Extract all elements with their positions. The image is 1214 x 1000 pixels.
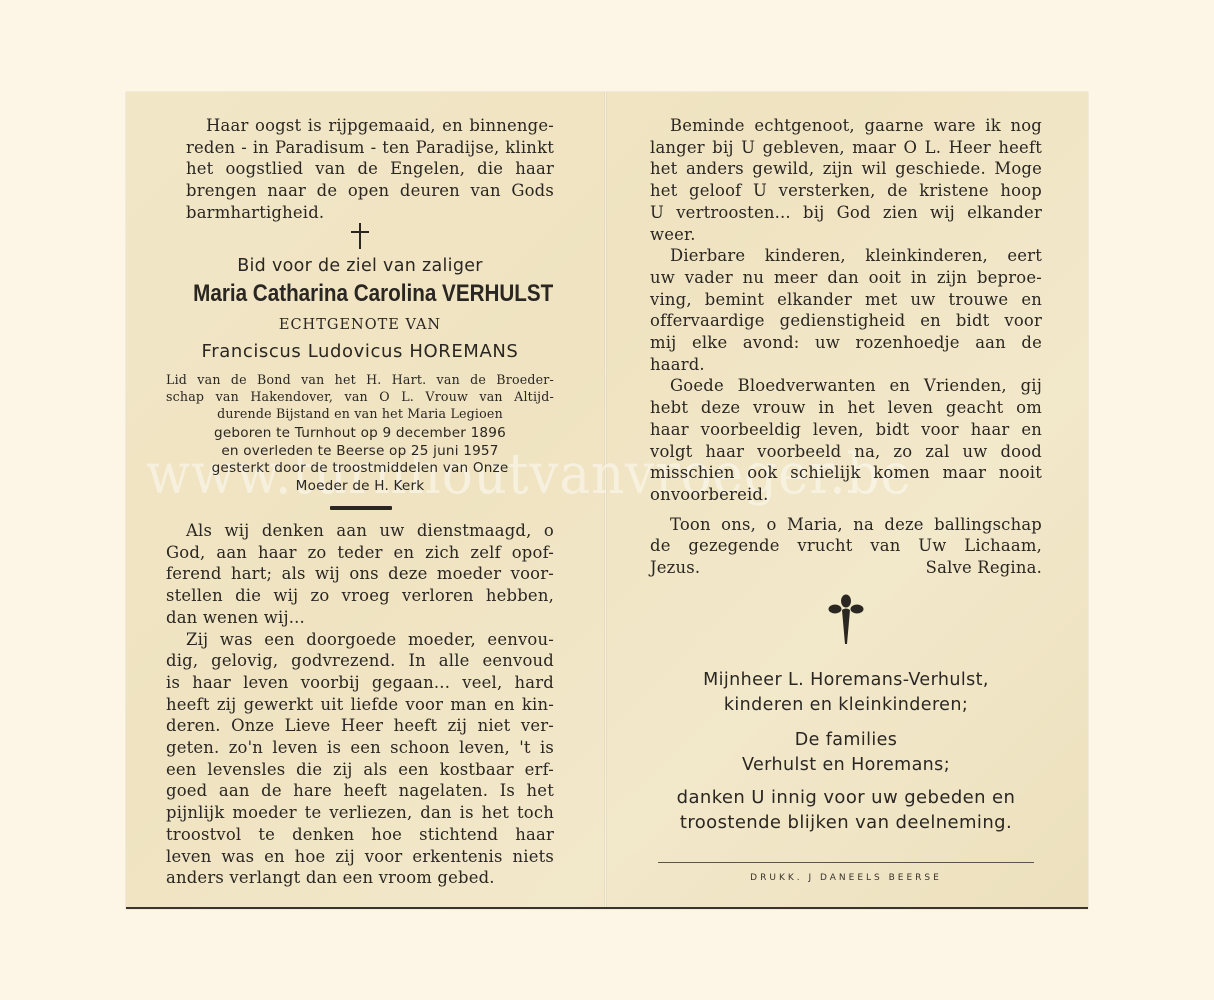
text-line: deren. Onze Lieve Heer heeft zij niet ve… [166, 715, 554, 737]
text-line: onvoorbereid. [650, 484, 1042, 506]
text-line: barmhartigheid. [166, 202, 554, 224]
closing-jezus: Jezus. [650, 557, 700, 579]
text-line: Toon ons, o Maria, na deze ballingschap [650, 514, 1042, 536]
text-line: troostvol te denken hoe stichtend haar [166, 824, 554, 846]
text-line: Dierbare kinderen, kleinkinderen, eert [650, 245, 1042, 267]
closing-last-line: Jezus.Salve Regina. [650, 557, 1042, 579]
body-paragraph: Dierbare kinderen, kleinkinderen, eertuw… [650, 245, 1042, 375]
text-line: anders verlangt dan een vroom gebed. [166, 867, 554, 889]
text-line: Haar oogst is rijpgemaaid, en binnenge- [166, 115, 554, 137]
right-page: Beminde echtgenoot, gaarne ware ik nogla… [650, 92, 1042, 907]
text-line: mij elke avond: uw rozenhoedje aan de [650, 332, 1042, 354]
membership-line: durende Bijstand en van het Maria Legioe… [166, 405, 554, 422]
text-line: langer bij U gebleven, maar O L. Heer he… [650, 137, 1042, 159]
divider [330, 506, 392, 510]
deceased-name: Maria Catharina Carolina VERHULST [193, 280, 527, 308]
text-line: U vertroosten... bij God zien wij elkand… [650, 202, 1042, 224]
thanks-line: Mijnheer L. Horemans-Verhulst, [650, 668, 1042, 693]
text-line: het geloof U versterken, de kristene hoo… [650, 180, 1042, 202]
closing-salve-regina: Salve Regina. [926, 557, 1042, 579]
text-line: misschien ook schielijk komen maar nooit [650, 462, 1042, 484]
spouse-label: ECHTGENOTE VAN [166, 317, 554, 333]
text-line: Als wij denken aan uw dienstmaagd, o [166, 520, 554, 542]
text-line: haard. [650, 354, 1042, 376]
thanks-line: De families [650, 728, 1042, 753]
text-line: haar voorbeeldig leven, bidt voor haar e… [650, 419, 1042, 441]
text-line: Goede Bloedverwanten en Vrienden, gij [650, 375, 1042, 397]
left-page: Haar oogst is rijpgemaaid, en binnenge-r… [166, 92, 554, 907]
text-line: goed aan de hare heeft nagelaten. Is het [166, 780, 554, 802]
text-line: brengen naar de open deuren van Gods [166, 180, 554, 202]
card-fold [604, 92, 607, 907]
life-dates: geboren te Turnhout op 9 december 1896 e… [166, 425, 554, 495]
fleur-cross-icon [650, 594, 1042, 650]
text-line: is haar leven voorbij gegaan... veel, ha… [166, 672, 554, 694]
text-line: een levensles die zij als een kostbaar e… [166, 759, 554, 781]
body-paragraph: Als wij denken aan uw dienstmaagd, oGod,… [166, 520, 554, 629]
text-line: leven was en hoe zij voor erkentenis nie… [166, 846, 554, 868]
thanks-line: troostende blijken van deelneming. [650, 810, 1042, 835]
memberships: Lid van de Bond van het H. Hart. van de … [166, 371, 554, 422]
body-paragraph: Beminde echtgenoot, gaarne ware ik nogla… [650, 115, 1042, 245]
body-paragraph: Goede Bloedverwanten en Vrienden, gijheb… [650, 375, 1042, 505]
text-line: hebt deze vrouw in het leven geacht om [650, 397, 1042, 419]
left-body: Als wij denken aan uw dienstmaagd, oGod,… [166, 520, 554, 889]
thanks-line: kinderen en kleinkinderen; [650, 693, 1042, 718]
sacrament-line: gesterkt door de troostmiddelen van Onze [166, 460, 554, 478]
right-body: Beminde echtgenoot, gaarne ware ik nogla… [650, 115, 1042, 579]
text-line: reden - in Paradisum - ten Paradijse, kl… [166, 137, 554, 159]
text-line: uw vader nu meer dan ooit in zijn beproe… [650, 267, 1042, 289]
text-line: weer. [650, 224, 1042, 246]
membership-line: schap van Hakendover, van O L. Vrouw van… [166, 388, 554, 405]
thanks-line: danken U innig voor uw gebeden en [650, 785, 1042, 810]
printer-credit: DRUKK. J DANEELS BEERSE [650, 873, 1042, 883]
text-line: Beminde echtgenoot, gaarne ware ik nog [650, 115, 1042, 137]
text-line: God, aan haar zo teder en zich zelf opof… [166, 542, 554, 564]
text-line: het anders gewild, zijn wil geschiede. M… [650, 158, 1042, 180]
text-line: stellen die wij zo vroeg verloren hebben… [166, 585, 554, 607]
text-line: Zij was een doorgoede moeder, eenvou- [166, 629, 554, 651]
text-line: volgt haar voorbeeld na, zo zal uw dood [650, 441, 1042, 463]
text-line: dig, gelovig, godvrezend. In alle eenvou… [166, 650, 554, 672]
memorial-card: www.turnhoutvanvroeger.be Haar oogst is … [126, 92, 1088, 909]
sacrament-line-2: Moeder de H. Kerk [166, 478, 554, 496]
text-line: offervaardige gedienstigheid en bidt voo… [650, 310, 1042, 332]
intro-paragraph: Haar oogst is rijpgemaaid, en binnenge-r… [166, 115, 554, 224]
death-line: en overleden te Beerse op 25 juni 1957 [166, 443, 554, 461]
cross-icon [166, 223, 554, 255]
text-line: dan wenen wij... [166, 607, 554, 629]
thanks-line: Verhulst en Horemans; [650, 753, 1042, 778]
closing-prayer: Toon ons, o Maria, na deze ballingschapd… [650, 514, 1042, 579]
text-line: ving, bemint elkander met uw trouwe en [650, 289, 1042, 311]
text-line: geten. zo'n leven is een schoon leven, '… [166, 737, 554, 759]
text-line: de gezegende vrucht van Uw Lichaam, [650, 535, 1042, 557]
spouse-name: Franciscus Ludovicus HOREMANS [166, 341, 554, 362]
prayer-heading: Bid voor de ziel van zaliger [166, 256, 554, 276]
body-paragraph: Zij was een doorgoede moeder, eenvou-dig… [166, 629, 554, 889]
text-line: ferend hart; als wij ons deze moeder voo… [166, 563, 554, 585]
text-line: het oogstlied van de Engelen, die haar [166, 158, 554, 180]
thanks-message: danken U innig voor uw gebeden en troost… [650, 785, 1042, 835]
printer-rule [658, 862, 1034, 863]
text-line: heeft zij gewerkt uit liefde voor man en… [166, 694, 554, 716]
thanks-family: Mijnheer L. Horemans-Verhulst, kinderen … [650, 668, 1042, 718]
membership-line: Lid van de Bond van het H. Hart. van de … [166, 371, 554, 388]
text-line: pijnlijk moeder te verliezen, dan is het… [166, 802, 554, 824]
thanks-relatives: De families Verhulst en Horemans; [650, 728, 1042, 778]
birth-line: geboren te Turnhout op 9 december 1896 [166, 425, 554, 443]
